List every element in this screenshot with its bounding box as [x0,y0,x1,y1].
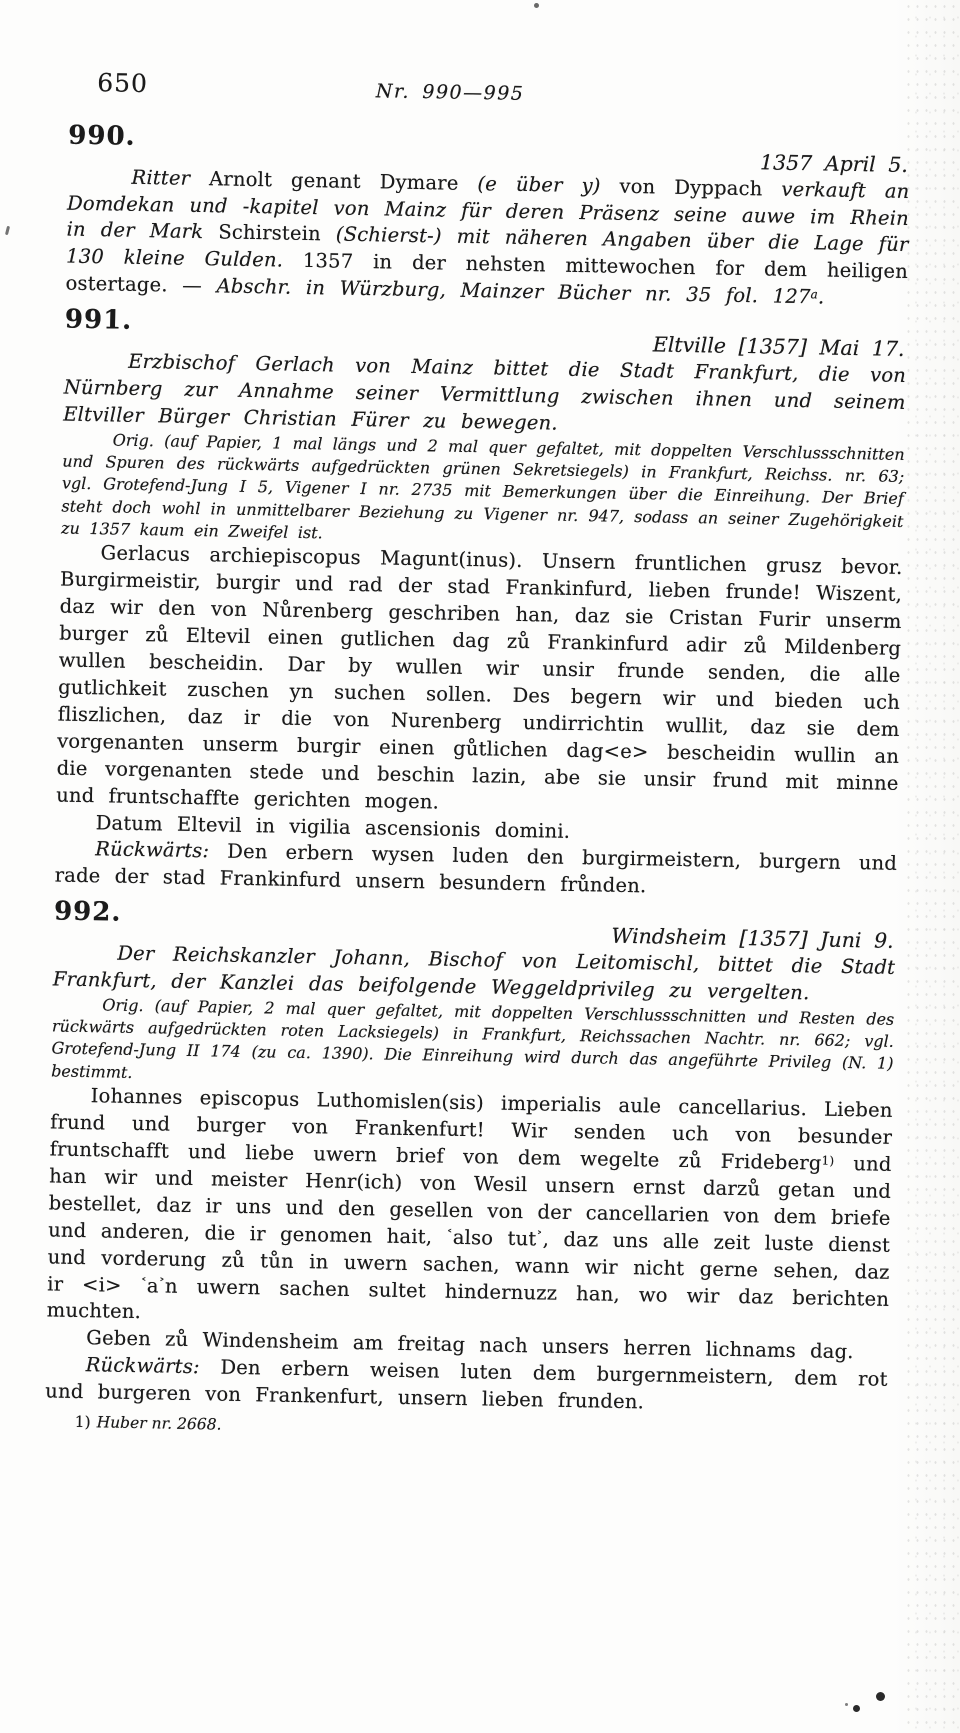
page-header: 650 Nr. 990—995 [69,68,912,129]
text-segment: also tut [453,1226,537,1251]
text-segment: Arnolt genant Dymare [209,167,478,195]
text-segment: a [147,1274,159,1297]
text-segment: n uwern sachen sultet hindernuzz han, wo… [47,1274,890,1323]
entry-990: 990.1357 April 5.Ritter Arnolt genant Dy… [65,123,910,314]
ink-speck [853,1705,860,1712]
transcription-paragraph: Gerlacus archiepiscopus Magunt(inus). Un… [56,540,903,824]
text-segment: Gerlacus archiepiscopus Magunt(inus). Un… [56,542,903,813]
footnote-marker: 1) [75,1413,91,1431]
text-segment: Rückwärts: [95,838,227,863]
footnote-text: Huber nr. 2668. [96,1413,221,1433]
text-segment: Ritter [131,165,209,189]
scan-noise-right-edge [904,0,960,1733]
text-segment: von Dyppach [619,174,781,200]
text-segment: (e über y) [477,172,619,198]
text-segment: Orig. (auf Papier, 1 mal längs und 2 mal… [61,430,905,542]
source-note: Orig. (auf Papier, 1 mal längs und 2 mal… [61,428,905,555]
entry-991: 991.Eltville [1357] Mai 17.Erzbischof Ge… [54,307,907,905]
text-segment: Iohannes episcopus Luthomislen(sis) impe… [50,1084,893,1174]
scanned-book-page: 650 Nr. 990—995 990.1357 April 5.Ritter … [0,0,960,1733]
ink-speck [534,3,539,8]
ink-speck [845,1703,848,1706]
regest-summary: Ritter Arnolt genant Dymare (e über y) v… [65,163,909,313]
transcription-paragraph: Iohannes episcopus Luthomislen(sis) impe… [47,1083,893,1341]
text-segment: 1) [821,1154,834,1168]
text-segment: Schirstein [218,221,336,246]
regesta-entries: 990.1357 April 5.Ritter Arnolt genant Dy… [45,123,910,1421]
running-head: Nr. 990—995 [69,75,831,111]
text-segment: Orig. (auf Papier, 2 mal quer gefaltet, … [51,995,894,1082]
text-segment: Rückwärts: [86,1353,221,1378]
text-segment: . [818,286,825,309]
text-segment: Erzbischof Gerlach von Mainz bittet die … [63,349,906,434]
source-note: Orig. (auf Papier, 2 mal quer gefaltet, … [51,993,894,1098]
page-content: 650 Nr. 990—995 990.1357 April 5.Ritter … [45,68,912,1446]
regest-summary: Erzbischof Gerlach von Mainz bittet die … [63,347,906,443]
entry-992: 992.Windsheim [1357] Juni 9.Der Reichska… [45,899,896,1421]
ink-speck [5,226,10,235]
ink-speck [876,1692,885,1701]
